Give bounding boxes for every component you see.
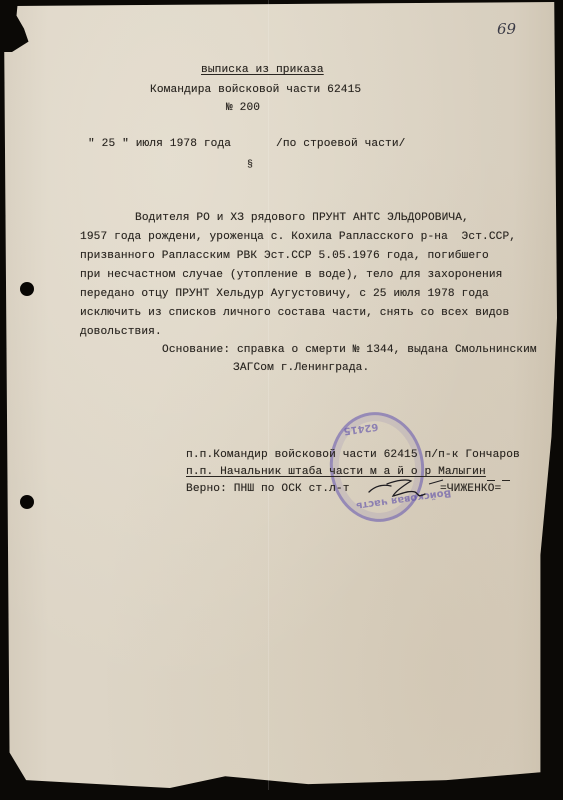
- verifier-name: =ЧИЖЕНКО=: [440, 483, 501, 495]
- paper-sheet: [4, 2, 557, 792]
- dash-mark: [487, 480, 495, 481]
- punch-hole-icon: [20, 282, 34, 296]
- dash-mark: [502, 480, 510, 481]
- paper-fold-line: [268, 0, 269, 790]
- body-line: при несчастном случае (утопление в воде)…: [80, 269, 502, 281]
- body-line: довольствия.: [80, 326, 162, 338]
- body-line: призванного Рапласским РВК Эст.ССР 5.05.…: [80, 250, 489, 262]
- punch-hole-icon: [20, 495, 34, 509]
- seal-unit-number: 62415: [343, 421, 379, 437]
- paragraph-number: §: [247, 160, 253, 171]
- order-date: " 25 " июля 1978 года: [88, 138, 231, 150]
- document-scan: 69 выписка из приказа Командира войсково…: [0, 0, 563, 800]
- body-line: передано отцу ПРУНТ Хельдур Аугустовичу,…: [80, 288, 489, 300]
- body-line: Водителя РО и ХЗ рядового ПРУНТ АНТС ЭЛЬ…: [135, 212, 469, 224]
- body-line: 1957 года рождени, уроженца с. Кохила Ра…: [80, 231, 516, 243]
- body-line: исключить из списков личного состава час…: [80, 307, 509, 319]
- basis-line: Основание: справка о смерти № 1344, выда…: [162, 344, 537, 356]
- document-title: выписка из приказа: [201, 64, 324, 76]
- order-number: № 200: [226, 102, 260, 114]
- handwritten-signature-icon: [367, 476, 447, 502]
- verified-line: Верно: ПНШ по ОСК ст.л-т: [186, 483, 350, 495]
- commander-signature-line: п.п.Командир войсковой части 62415 п/п-к…: [186, 449, 520, 461]
- page-number: 69: [497, 20, 516, 38]
- order-section: /по строевой части/: [276, 138, 405, 150]
- basis-line: ЗАГСом г.Ленинграда.: [233, 362, 369, 374]
- issuer-line: Командира войсковой части 62415: [150, 84, 361, 96]
